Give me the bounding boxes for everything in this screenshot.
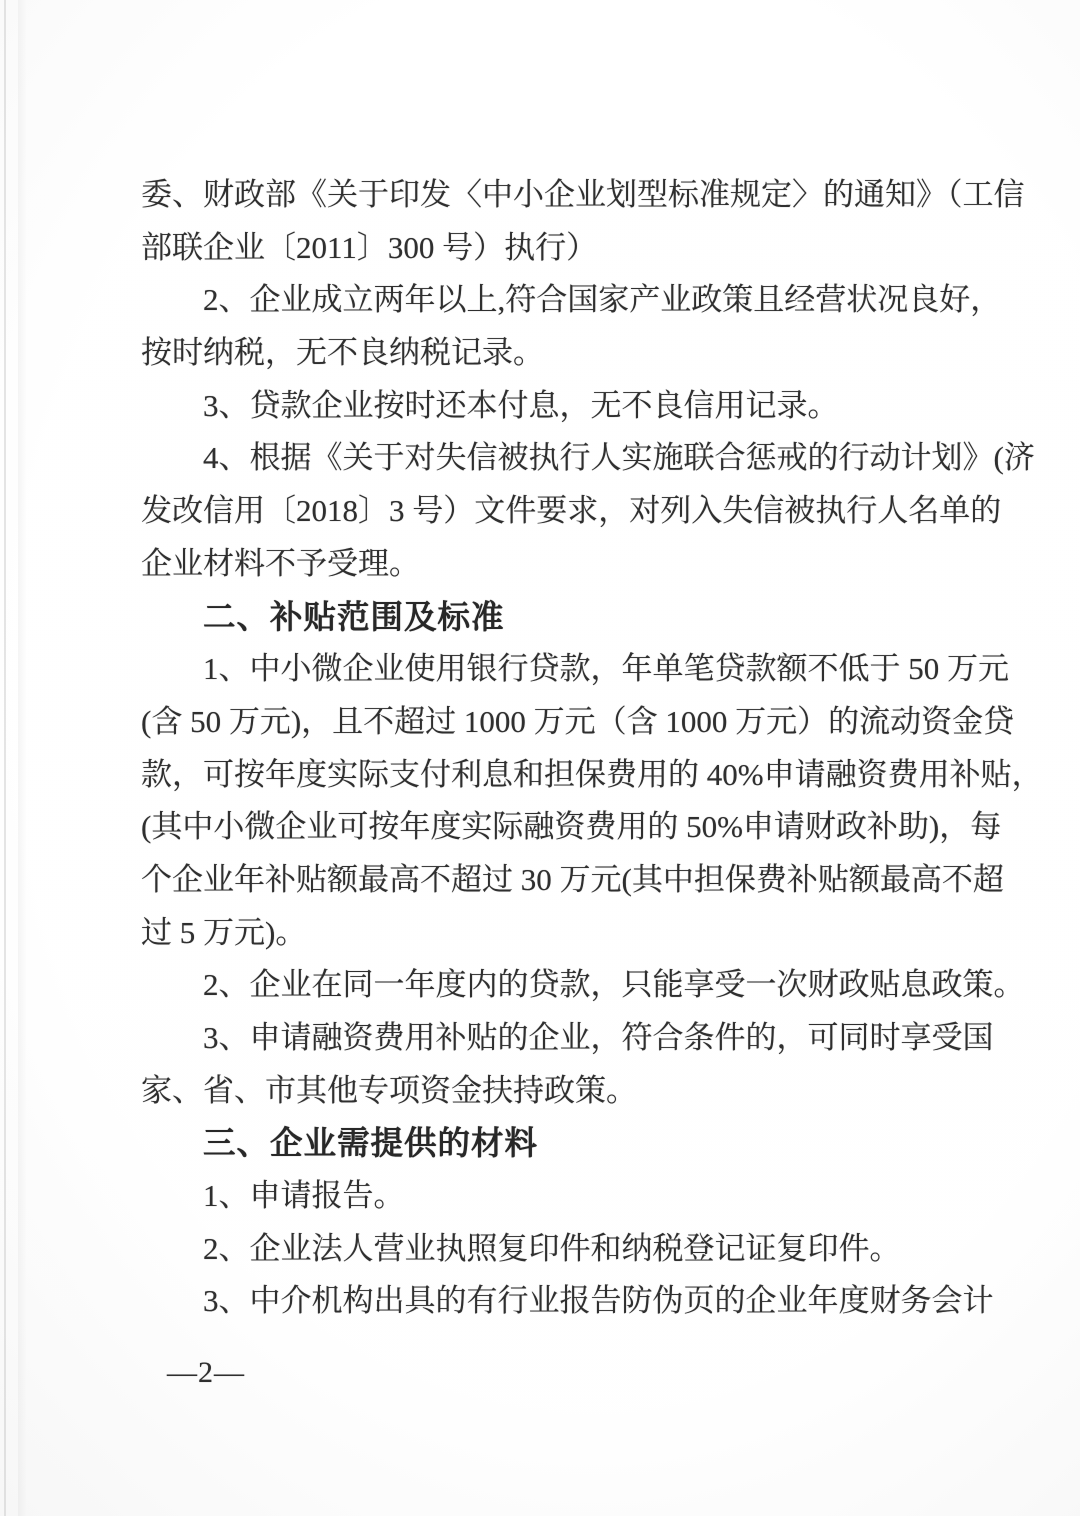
text-line: 委、财政部《关于印发〈中小企业划型标准规定〉的通知》（工信 — [141, 169, 948, 222]
text-line: 款，可按年度实际支付利息和担保费用的 40%申请融资费用补贴， — [141, 749, 948, 802]
text-line: 个企业年补贴额最高不超过 30 万元(其中担保费补贴额最高不超 — [141, 854, 948, 907]
scan-artifact-line — [4, 0, 6, 1516]
text-line: 发改信用〔2018〕3 号）文件要求，对列入失信被执行人名单的 — [141, 485, 948, 538]
text-line: (含 50 万元)，且不超过 1000 万元（含 1000 万元）的流动资金贷 — [141, 696, 948, 749]
page-number: —2— — [167, 1353, 245, 1393]
text-line: 3、贷款企业按时还本付息，无不良信用记录。 — [141, 380, 948, 433]
text-line: 2、企业在同一年度内的贷款，只能享受一次财政贴息政策。 — [141, 959, 948, 1012]
text-line: 部联企业〔2011〕300 号）执行） — [141, 222, 948, 275]
text-line: 企业材料不予受理。 — [141, 538, 948, 591]
text-line: 3、申请融资费用补贴的企业，符合条件的，可同时享受国 — [141, 1012, 948, 1065]
text-line: 4、根据《关于对失信被执行人实施联合惩戒的行动计划》(济 — [141, 432, 948, 485]
text-line: 家、省、市其他专项资金扶持政策。 — [141, 1065, 948, 1118]
text-line: 过 5 万元)。 — [141, 907, 948, 960]
section-heading: 三、企业需提供的材料 — [141, 1117, 948, 1170]
text-block: 委、财政部《关于印发〈中小企业划型标准规定〉的通知》（工信部联企业〔2011〕3… — [141, 169, 948, 1328]
scan-artifact-band — [18, 0, 26, 1516]
text-line: 按时纳税，无不良纳税记录。 — [141, 327, 948, 380]
text-line: 3、中介机构出具的有行业报告防伪页的企业年度财务会计 — [141, 1275, 948, 1328]
section-heading: 二、补贴范围及标准 — [141, 591, 948, 644]
text-line: (其中小微企业可按年度实际融资费用的 50%申请财政补助)，每 — [141, 801, 948, 854]
text-line: 2、企业法人营业执照复印件和纳税登记证复印件。 — [141, 1223, 948, 1276]
text-line: 1、申请报告。 — [141, 1170, 948, 1223]
text-line: 1、中小微企业使用银行贷款，年单笔贷款额不低于 50 万元 — [141, 643, 948, 696]
text-line: 2、企业成立两年以上,符合国家产业政策且经营状况良好， — [141, 274, 948, 327]
